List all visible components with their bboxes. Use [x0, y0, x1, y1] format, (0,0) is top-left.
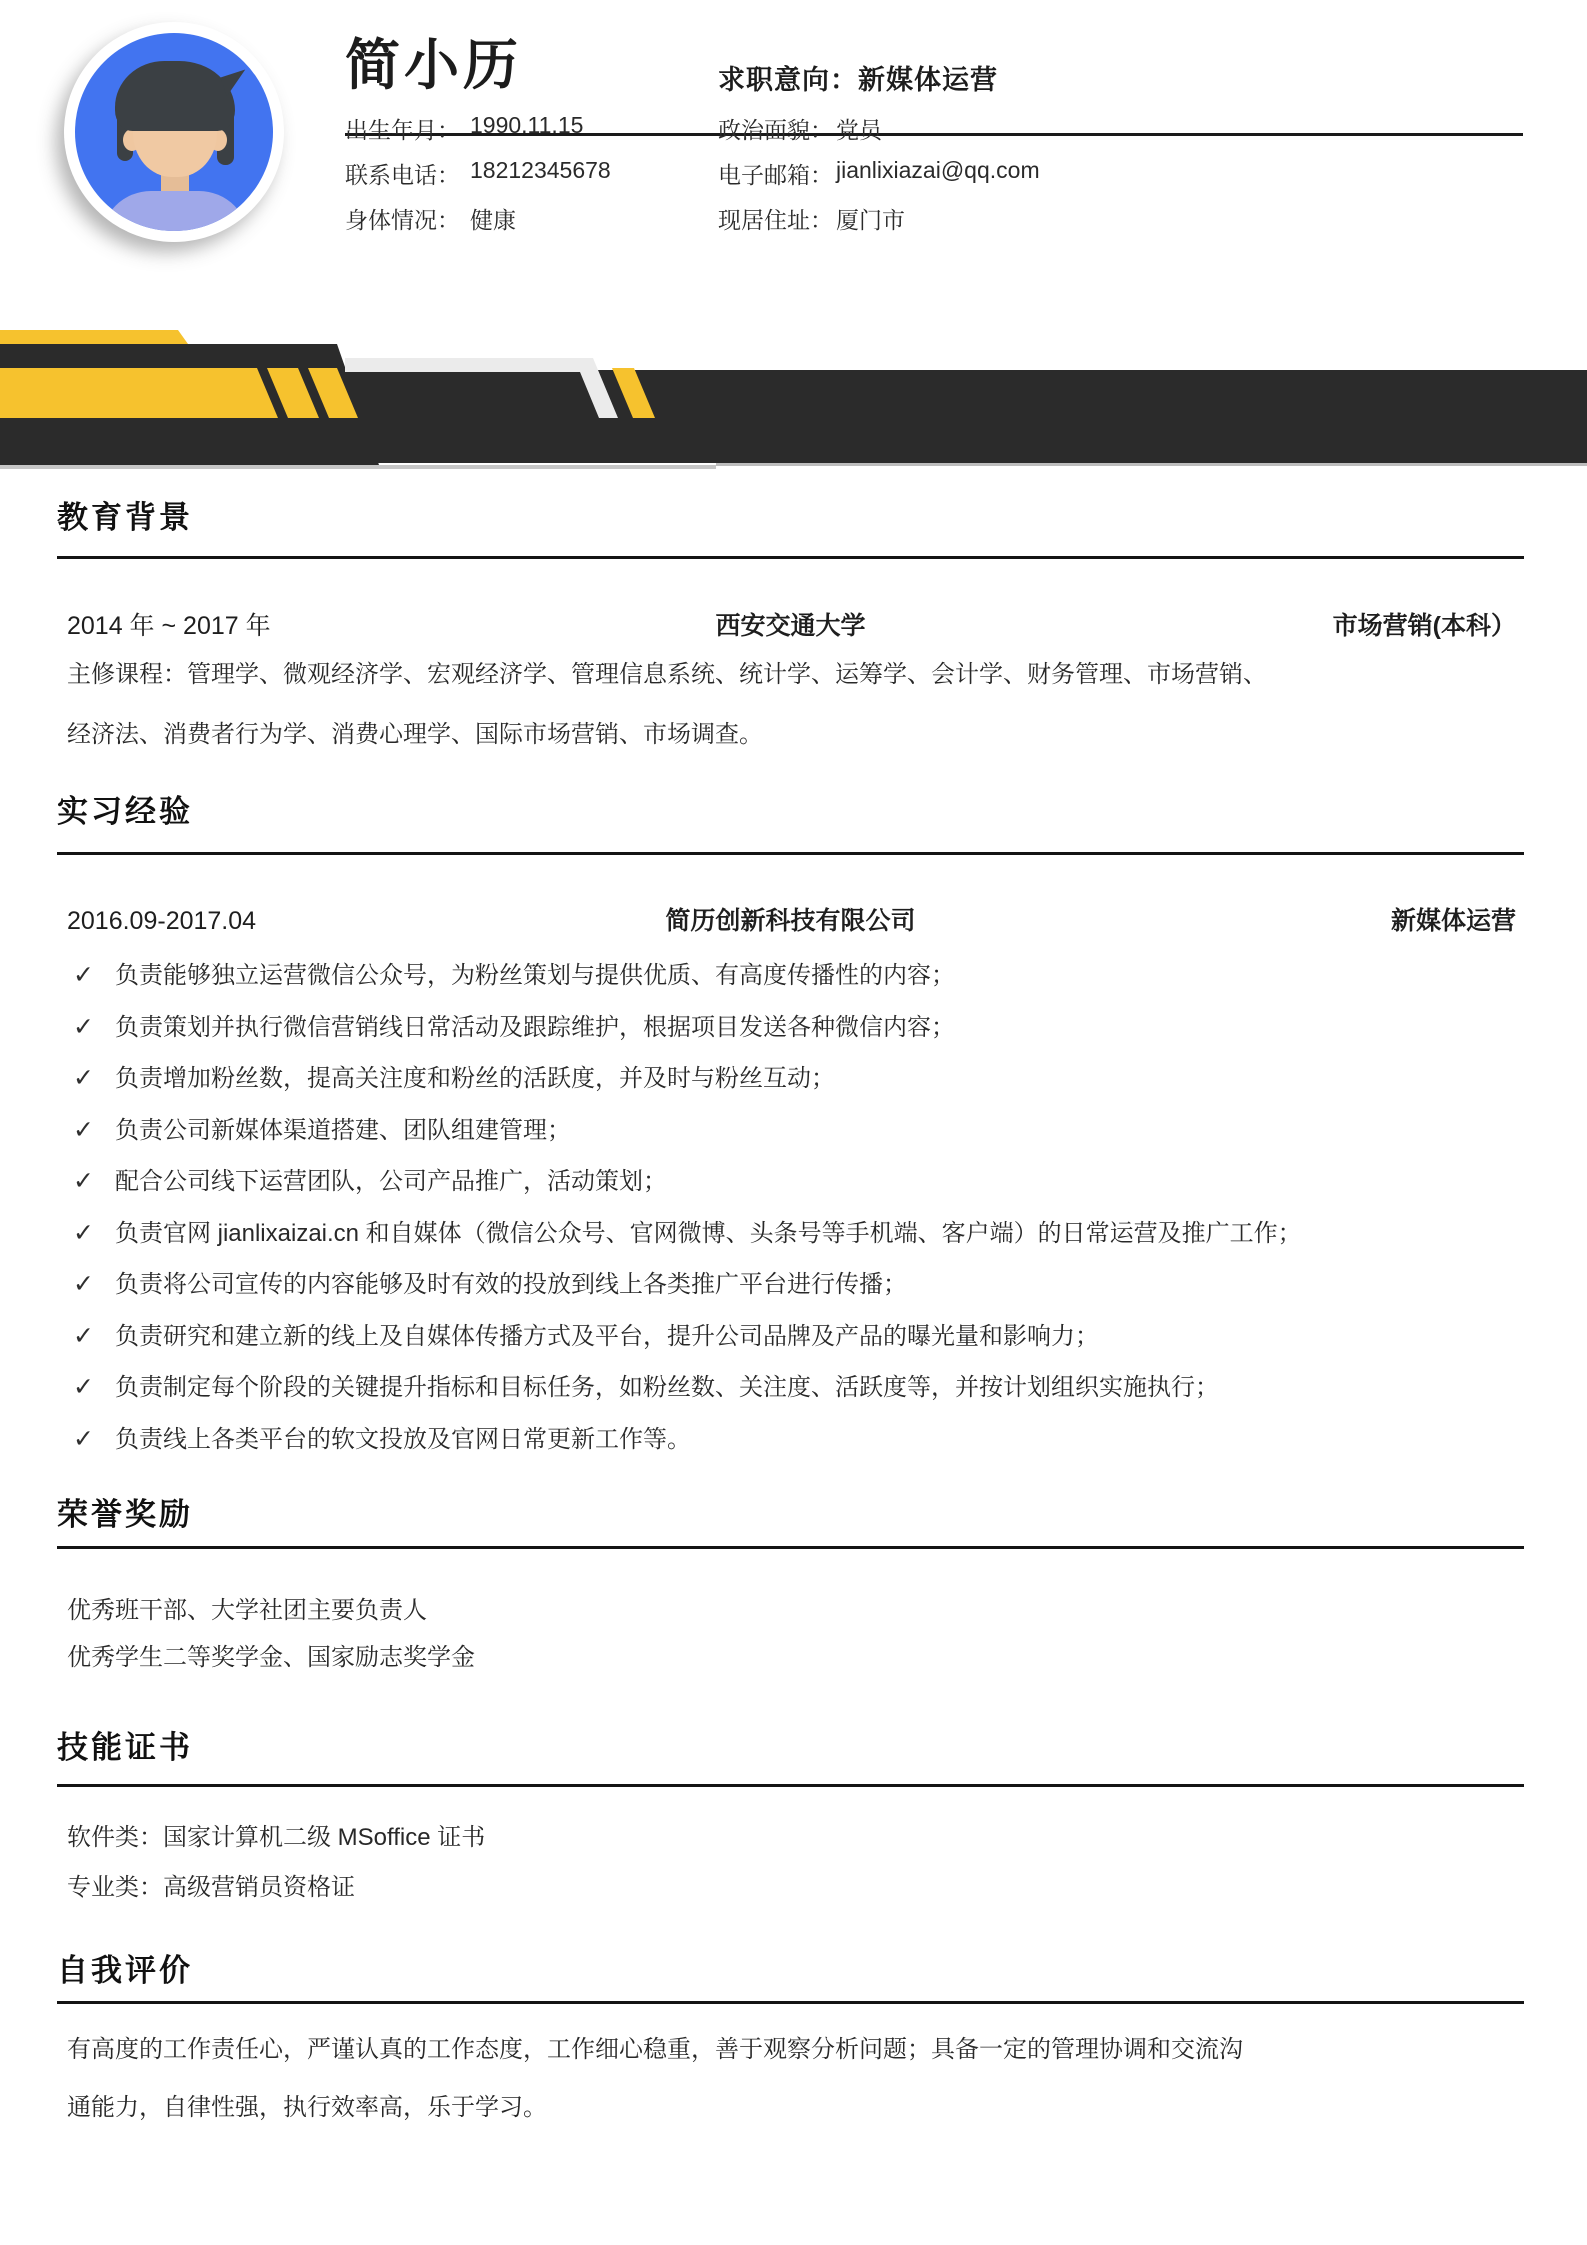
experience-bullet: ✓ 负责将公司宣传的内容能够及时有效的投放到线上各类推广平台进行传播； [57, 1264, 1537, 1299]
bullet-text: 负责能够独立运营微信公众号，为粉丝策划与提供优质、有高度传播性的内容； [115, 955, 955, 990]
job-intention-value: 新媒体运营 [858, 65, 998, 95]
experience-bullet: ✓ 负责线上各类平台的软文投放及官网日常更新工作等。 [57, 1419, 1537, 1454]
skills-item: 专业类：高级营销员资格证 [67, 1871, 1527, 1905]
education-period: 2014 年 ~ 2017 年 [57, 606, 541, 642]
field-label: 电子邮箱： [718, 157, 833, 190]
checkmark-icon: ✓ [57, 1321, 115, 1351]
checkmark-icon: ✓ [57, 1269, 115, 1299]
field-label: 身体情况： [345, 202, 460, 235]
field-value: 党员 [836, 112, 882, 145]
field-address: 现居住址： 厦门市 [718, 202, 833, 235]
avatar [64, 22, 284, 242]
bullet-text: 负责策划并执行微信营销线日常活动及跟踪维护，根据项目发送各种微信内容； [115, 1007, 955, 1042]
education-school: 西安交通大学 [541, 606, 1040, 642]
section-rule-skills [57, 1784, 1524, 1787]
self-evaluation-line: 通能力，自律性强，执行效率高，乐于学习。 [67, 2091, 1527, 2125]
experience-bullet: ✓ 负责策划并执行微信营销线日常活动及跟踪维护，根据项目发送各种微信内容； [57, 1007, 1537, 1042]
experience-meta-row: 2016.09-2017.04 简历创新科技有限公司 新媒体运营 [57, 901, 1524, 937]
job-intention-label: 求职意向： [718, 65, 858, 95]
field-value: 厦门市 [836, 202, 905, 235]
section-title-skills: 技能证书 [57, 1727, 193, 1769]
experience-bullet: ✓ 负责公司新媒体渠道搭建、团队组建管理； [57, 1110, 1537, 1145]
experience-company: 简历创新科技有限公司 [541, 901, 1040, 937]
field-value: 18212345678 [470, 157, 611, 184]
section-title-experience: 实习经验 [57, 791, 193, 833]
education-courses-line: 主修课程：管理学、微观经济学、宏观经济学、管理信息系统、统计学、运筹学、会计学、… [67, 658, 1527, 692]
education-courses-line: 经济法、消费者行为学、消费心理学、国际市场营销、市场调查。 [67, 718, 1527, 752]
field-political: 政治面貌： 党员 [718, 112, 833, 145]
section-title-education: 教育背景 [57, 497, 193, 539]
experience-period: 2016.09-2017.04 [57, 907, 541, 936]
honors-item: 优秀学生二等奖学金、国家励志奖学金 [67, 1641, 1527, 1675]
bullet-text: 负责线上各类平台的软文投放及官网日常更新工作等。 [115, 1419, 691, 1454]
bullet-text: 负责增加粉丝数，提高关注度和粉丝的活跃度，并及时与粉丝互动； [115, 1058, 835, 1093]
checkmark-icon: ✓ [57, 1012, 115, 1042]
avatar-hair [115, 61, 235, 131]
field-birth: 出生年月： 1990.11.15 [345, 112, 460, 145]
resume-page: 简小历 求职意向：新媒体运营 出生年月： 1990.11.15 联系电话： 18… [0, 0, 1587, 2245]
honors-item: 优秀班干部、大学社团主要负责人 [67, 1594, 1527, 1628]
experience-bullet: ✓ 配合公司线下运营团队，公司产品推广，活动策划； [57, 1161, 1537, 1196]
checkmark-icon: ✓ [57, 1372, 115, 1402]
checkmark-icon: ✓ [57, 1115, 115, 1145]
section-rule-education [57, 556, 1524, 559]
experience-bullet: ✓ 负责增加粉丝数，提高关注度和粉丝的活跃度，并及时与粉丝互动； [57, 1058, 1537, 1093]
experience-bullet: ✓ 负责制定每个阶段的关键提升指标和目标任务，如粉丝数、关注度、活跃度等，并按计… [57, 1367, 1537, 1402]
field-value: jianlixiazai@qq.com [836, 157, 1040, 184]
section-rule-experience [57, 852, 1524, 855]
bullet-text: 负责研究和建立新的线上及自媒体传播方式及平台，提升公司品牌及产品的曝光量和影响力… [115, 1316, 1099, 1351]
bullet-text: 负责公司新媒体渠道搭建、团队组建管理； [115, 1110, 571, 1145]
bullet-text: 负责将公司宣传的内容能够及时有效的投放到线上各类推广平台进行传播； [115, 1264, 907, 1299]
field-phone: 联系电话： 18212345678 [345, 157, 460, 190]
decorative-banner [0, 330, 1587, 472]
checkmark-icon: ✓ [57, 960, 115, 990]
experience-bullet: ✓ 负责研究和建立新的线上及自媒体传播方式及平台，提升公司品牌及产品的曝光量和影… [57, 1316, 1537, 1351]
experience-bullet: ✓ 负责能够独立运营微信公众号，为粉丝策划与提供优质、有高度传播性的内容； [57, 955, 1537, 990]
bullet-text: 负责制定每个阶段的关键提升指标和目标任务，如粉丝数、关注度、活跃度等，并按计划组… [115, 1367, 1219, 1402]
field-label: 出生年月： [345, 112, 460, 145]
checkmark-icon: ✓ [57, 1424, 115, 1454]
male-avatar-icon [75, 33, 273, 231]
education-meta-row: 2014 年 ~ 2017 年 西安交通大学 市场营销(本科） [57, 606, 1524, 642]
checkmark-icon: ✓ [57, 1218, 115, 1248]
experience-bullet: ✓ 负责官网 jianlixaizai.cn 和自媒体（微信公众号、官网微博、头… [57, 1213, 1537, 1248]
checkmark-icon: ✓ [57, 1166, 115, 1196]
field-value: 1990.11.15 [470, 112, 583, 139]
avatar-hair-swoosh [221, 69, 252, 96]
candidate-name: 简小历 [345, 30, 522, 100]
self-evaluation-line: 有高度的工作责任心，严谨认真的工作态度，工作细心稳重，善于观察分析问题；具备一定… [67, 2033, 1527, 2067]
field-value: 健康 [470, 202, 516, 235]
skills-item: 软件类：国家计算机二级 MSoffice 证书 [67, 1821, 1527, 1855]
job-intention: 求职意向：新媒体运营 [718, 58, 998, 97]
field-email: 电子邮箱： jianlixiazai@qq.com [718, 157, 833, 190]
field-label: 现居住址： [718, 202, 833, 235]
section-rule-honors [57, 1546, 1524, 1549]
experience-role: 新媒体运营 [1040, 901, 1524, 937]
section-rule-self-evaluation [57, 2001, 1524, 2004]
bullet-text: 负责官网 jianlixaizai.cn 和自媒体（微信公众号、官网微博、头条号… [115, 1213, 1302, 1248]
checkmark-icon: ✓ [57, 1063, 115, 1093]
section-title-self-evaluation: 自我评价 [57, 1950, 193, 1992]
section-title-honors: 荣誉奖励 [57, 1494, 193, 1536]
bullet-text: 配合公司线下运营团队，公司产品推广，活动策划； [115, 1161, 667, 1196]
field-label: 政治面貌： [718, 112, 833, 145]
avatar-shirt [101, 191, 249, 231]
field-health: 身体情况： 健康 [345, 202, 460, 235]
field-label: 联系电话： [345, 157, 460, 190]
education-major: 市场营销(本科） [1040, 606, 1524, 642]
